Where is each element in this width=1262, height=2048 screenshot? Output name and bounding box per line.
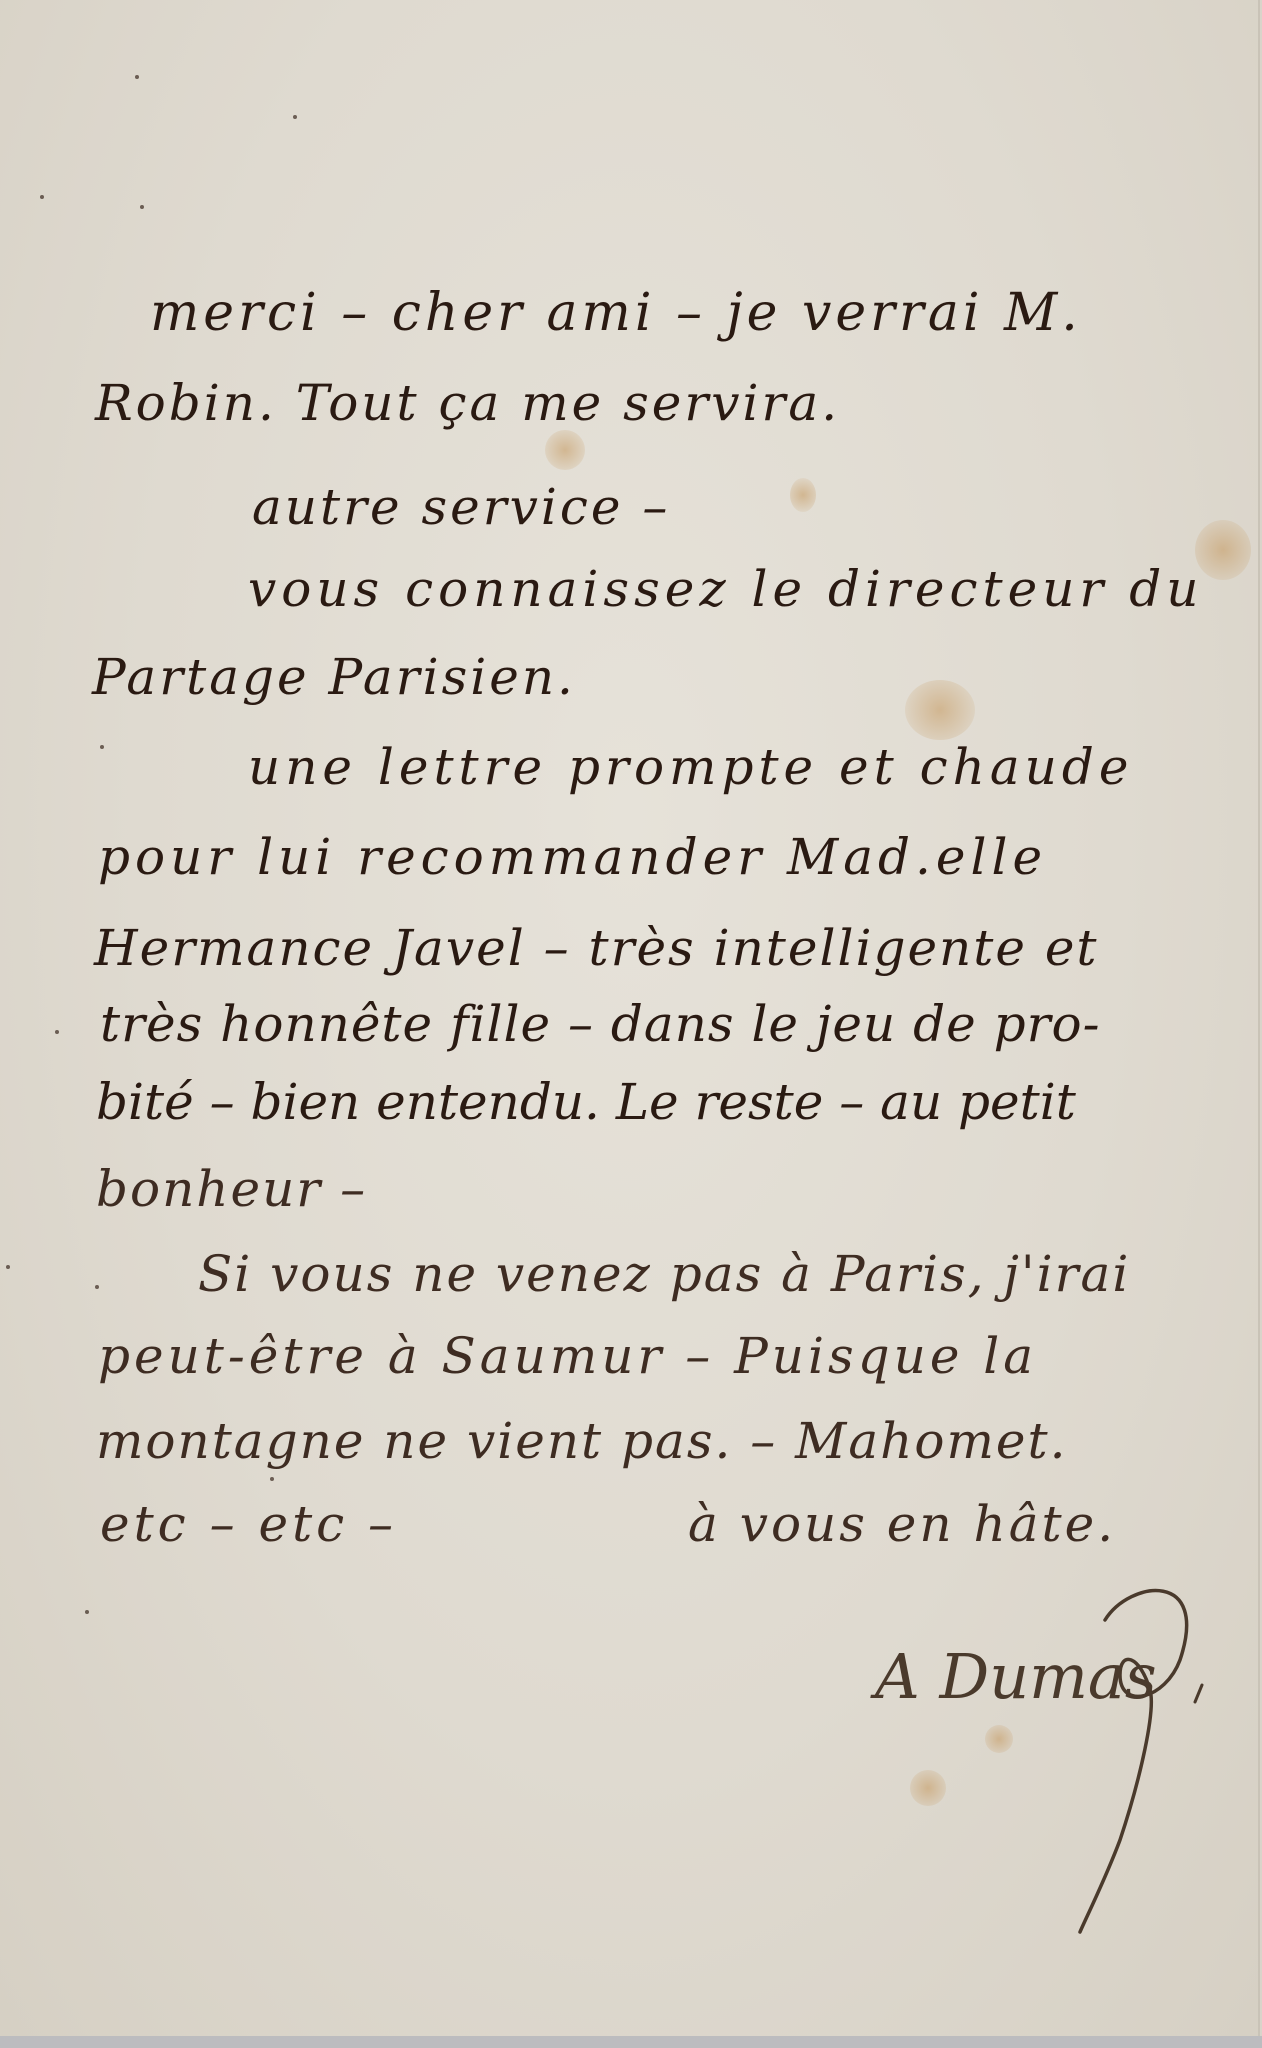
letter-line: merci – cher ami – je verrai M. <box>150 287 1082 339</box>
letter-line: Si vous ne venez pas à Paris, j'irai <box>198 1249 1130 1299</box>
ink-speck <box>6 1265 10 1269</box>
letter-line: bonheur – <box>96 1164 367 1214</box>
letter-closing: à vous en hâte. <box>688 1499 1116 1549</box>
ink-speck <box>135 75 139 79</box>
scan-bottom-edge <box>0 2036 1262 2048</box>
letter-line: une lettre prompte et chaude <box>248 742 1133 792</box>
letter-line: montagne ne vient pas. – Mahomet. <box>96 1416 1067 1466</box>
ink-speck <box>270 1477 274 1481</box>
signature-flourish-icon <box>1060 1580 1240 1940</box>
letter-paper: merci – cher ami – je verrai M. Robin. T… <box>0 0 1260 2036</box>
letter-line: Robin. Tout ça me servira. <box>95 378 840 428</box>
letter-line: pour lui recommander Mad.elle <box>98 832 1047 882</box>
foxing-stain <box>905 680 975 740</box>
letter-line: bité – bien entendu. Le reste – au petit <box>96 1077 1076 1127</box>
ink-speck <box>100 745 104 749</box>
letter-line: Hermance Javel – très intelligente et <box>94 923 1099 973</box>
ink-speck <box>293 115 297 119</box>
ink-speck <box>55 1030 59 1034</box>
foxing-stain <box>790 478 816 512</box>
ink-speck <box>40 195 44 199</box>
ink-speck <box>95 1285 99 1289</box>
foxing-stain <box>985 1725 1013 1753</box>
ink-speck <box>85 1610 89 1614</box>
letter-line: très honnête fille – dans le jeu de pro- <box>100 999 1101 1049</box>
ink-speck <box>140 205 144 209</box>
foxing-stain <box>545 430 585 470</box>
letter-line: autre service – <box>252 482 670 532</box>
letter-line: peut-être à Saumur – Puisque la <box>98 1331 1037 1381</box>
letter-line: vous connaissez le directeur du <box>248 564 1203 614</box>
letter-line: Partage Parisien. <box>92 652 576 702</box>
foxing-stain <box>910 1770 946 1806</box>
letter-line: etc – etc – <box>100 1499 397 1549</box>
